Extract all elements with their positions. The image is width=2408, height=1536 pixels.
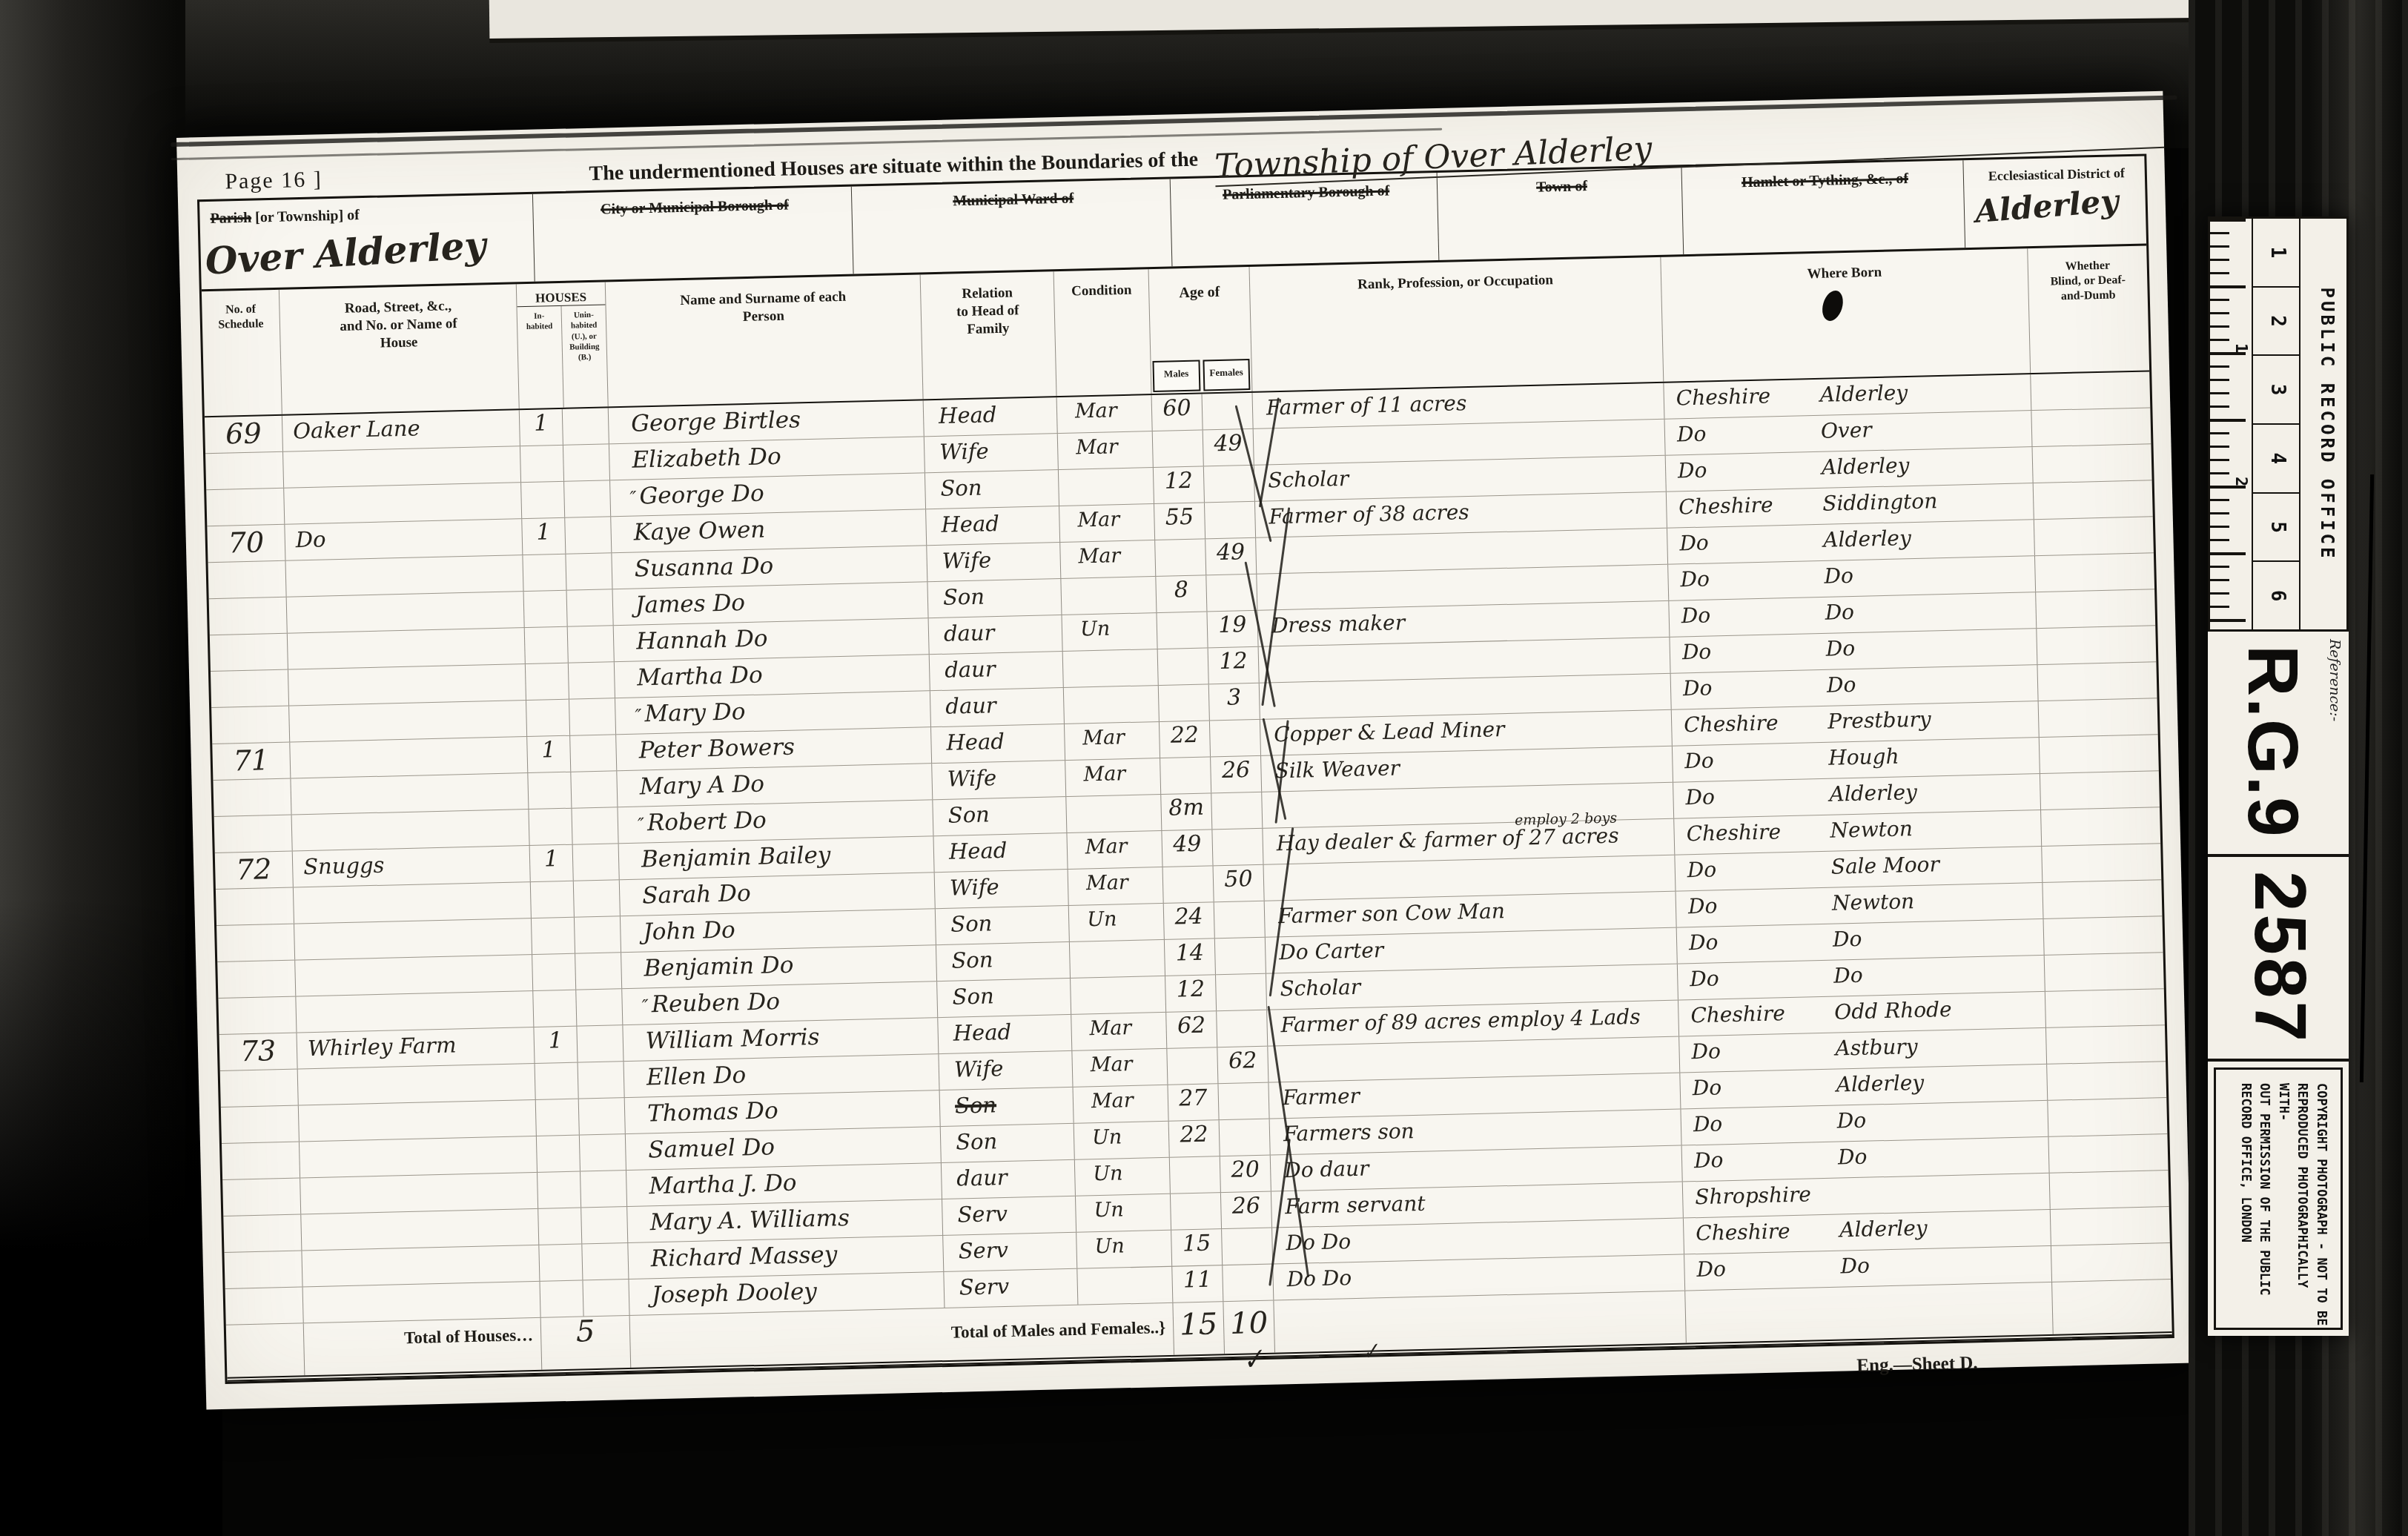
age-female — [1223, 1265, 1274, 1302]
total-houses-label: Total of Houses… — [304, 1318, 543, 1376]
occupation: Farmer — [1283, 1084, 1360, 1110]
birth-place: Alderley — [1819, 380, 1908, 407]
parish-label-struck: Parish — [210, 210, 251, 227]
person-name-cell: Elizabeth Do — [609, 437, 925, 480]
ditto-check-mark — [633, 633, 634, 654]
inhabited-count — [531, 881, 575, 918]
ditto-check-mark — [630, 524, 631, 545]
age-male — [1155, 539, 1206, 576]
birth-county: Do — [1676, 891, 1833, 919]
total-males-value: 15 — [1173, 1302, 1225, 1355]
uninhabited-cell — [565, 517, 612, 553]
person-name: Mary A. Williams — [649, 1205, 850, 1236]
condition: Mar — [1065, 758, 1161, 796]
ditto-check-mark — [637, 778, 638, 799]
birth-county: Do — [1677, 927, 1833, 956]
person-name-cell: Martha Do — [615, 655, 930, 698]
schedule-number — [205, 452, 284, 489]
age-male — [1159, 684, 1210, 721]
schedule-number — [220, 1069, 299, 1106]
uninhabited-cell — [569, 662, 615, 698]
reference-label: Reference:- — [2326, 639, 2343, 721]
inhabited-count — [529, 809, 572, 845]
person-name: Ellen Do — [646, 1062, 747, 1090]
schedule-number — [213, 779, 291, 816]
ditto-check-mark — [645, 1141, 646, 1162]
age-male: 15 — [1171, 1229, 1223, 1266]
uninhabited-cell — [566, 553, 612, 589]
person-name-cell: William Morris — [623, 1018, 939, 1061]
birth-place: Do — [1833, 927, 1862, 952]
age-female — [1217, 1010, 1268, 1047]
person-name-cell: Sarah Do — [620, 873, 936, 916]
inhabited-count: 1 — [530, 845, 574, 881]
birth-place: Do — [1824, 563, 1853, 589]
house-name — [300, 1136, 537, 1178]
inhabited-count — [539, 1245, 583, 1281]
birth-place: Over — [1821, 417, 1872, 443]
inhabited-count — [532, 954, 576, 990]
condition: Mar — [1060, 540, 1156, 578]
condition: Mar — [1068, 867, 1164, 905]
district-cell-borough: City or Municipal Borough of — [533, 187, 854, 282]
person-name: Martha J. Do — [649, 1170, 797, 1200]
schedule-number — [216, 888, 294, 925]
birth-county: Do — [1666, 455, 1822, 483]
person-name-cell: Joseph Dooley — [629, 1272, 945, 1315]
person-name: Kaye Owen — [633, 516, 765, 546]
birth-place: Do — [1836, 1108, 1866, 1133]
age-female — [1218, 1083, 1269, 1120]
birth-county: Do — [1673, 746, 1829, 774]
person-name-cell: Richard Massey — [628, 1236, 944, 1279]
birth-county: Do — [1679, 1036, 1836, 1065]
house-name: Whirley Farm — [297, 1027, 535, 1069]
house-name — [300, 1173, 538, 1214]
age-male — [1170, 1156, 1221, 1194]
col-header-born: Where Born — [1661, 248, 2031, 382]
age-male — [1157, 612, 1208, 649]
house-name — [288, 628, 526, 669]
birth-county: Do — [1671, 673, 1827, 701]
occupation: Silk Weaver — [1274, 755, 1400, 783]
person-name-cell: Benjamin Bailey — [619, 836, 935, 879]
blind-deaf-cell — [2044, 916, 2163, 955]
person-name: Mary Do — [644, 698, 746, 727]
relation: Son — [927, 579, 1062, 618]
col-header-relation: Relation to Head of Family — [921, 271, 1057, 399]
uninhabited-cell — [581, 1207, 628, 1243]
col-header-name: Name and Surname of each Person — [606, 274, 924, 406]
schedule-number — [217, 961, 296, 998]
census-photograph: { "film": { "office": "PUBLIC RECORD OFF… — [0, 0, 2408, 1536]
schedule-number — [211, 706, 290, 744]
occupation-insert: employ 2 boys — [1515, 810, 1617, 828]
house-name: Snuggs — [293, 846, 531, 887]
schedule-number: 70 — [207, 525, 285, 562]
uninhabited-cell — [563, 408, 609, 444]
condition: Un — [1076, 1231, 1172, 1268]
occupation: Farm servant — [1285, 1191, 1426, 1219]
uninhabited-cell — [579, 1098, 626, 1134]
age-female — [1212, 829, 1263, 866]
birth-place: Do — [1827, 672, 1856, 698]
condition: Mar — [1072, 1049, 1168, 1087]
schedule-number — [208, 561, 287, 598]
relation: daur — [930, 652, 1064, 690]
age-male: 12 — [1154, 466, 1205, 503]
condition — [1061, 577, 1157, 615]
person-name: James Do — [635, 589, 746, 618]
ruler-number: 1 — [2253, 219, 2299, 288]
inhabited-count — [532, 918, 575, 954]
birth-county: Do — [1673, 782, 1830, 810]
relation: Son — [925, 470, 1059, 509]
condition: Mar — [1057, 395, 1153, 433]
relation: Wife — [924, 434, 1059, 472]
relation: Son — [936, 942, 1071, 981]
person-name-cell: ″Reuben Do — [622, 981, 938, 1024]
person-name: Benjamin Do — [644, 952, 794, 982]
parish-value-handwritten: Over Alderley — [204, 223, 487, 283]
uninhabited-cell — [580, 1134, 626, 1171]
birth-county: Do — [1684, 1254, 1841, 1282]
ruler-number-row: 1 2 3 4 5 6 — [2252, 219, 2300, 629]
house-name — [290, 737, 528, 778]
person-name: Peter Bowers — [638, 734, 795, 764]
blind-deaf-cell — [2033, 444, 2152, 483]
ecclesiastical-label: Ecclesiastical District of — [1988, 165, 2125, 183]
col-header-condition: Condition — [1054, 269, 1152, 396]
schedule-number — [214, 815, 293, 853]
schedule-number — [216, 924, 295, 961]
blind-deaf-cell — [2035, 553, 2154, 592]
schedule-number — [222, 1178, 301, 1215]
condition — [1066, 795, 1162, 832]
house-name — [303, 1282, 541, 1323]
inhabited-count: 1 — [522, 518, 566, 555]
ditto-check-mark — [640, 924, 641, 944]
blind-deaf-cell — [2037, 662, 2157, 701]
schedule-number — [210, 634, 288, 671]
birth-county: Do — [1675, 855, 1831, 883]
pro-card-content: PUBLIC RECORD OFFICE 1 2 3 4 5 6 1 2 Ref… — [2208, 216, 2349, 1336]
person-name-cell: Martha J. Do — [626, 1163, 942, 1206]
hamlet-label-struck: Hamlet or Tything, &c., of — [1741, 171, 1908, 191]
house-name: Do — [285, 519, 523, 560]
ditto-check-mark: ″ — [641, 996, 649, 1016]
age-female: 62 — [1217, 1047, 1268, 1084]
col-header-males: Males — [1152, 360, 1200, 392]
district-cell-town: Town of — [1438, 167, 1684, 260]
ward-label-struck: Municipal Ward of — [953, 191, 1074, 210]
person-name-cell: George Birtles — [609, 400, 924, 443]
ruler-number: 6 — [2253, 562, 2299, 629]
inhabited-count — [536, 1099, 580, 1136]
house-name — [296, 991, 534, 1033]
ditto-check-mark — [632, 597, 633, 618]
relation: Wife — [939, 1051, 1073, 1090]
uninhabited-cell — [578, 1062, 625, 1098]
ruler-ticks: 1 2 — [2210, 219, 2252, 629]
age-male: 14 — [1165, 939, 1216, 976]
uninhabited-cell — [575, 916, 621, 953]
col-header-age: Age of — [1149, 267, 1251, 361]
inhabited-count — [525, 627, 569, 663]
relation: Serv — [942, 1196, 1076, 1235]
page-number: Page 16 ] — [225, 167, 322, 194]
condition: Mar — [1065, 722, 1160, 760]
age-female — [1210, 720, 1261, 757]
person-name: Susanna Do — [634, 552, 773, 582]
schedule-number: 73 — [219, 1033, 298, 1070]
relation: Son — [941, 1124, 1075, 1162]
ditto-check-mark — [634, 669, 635, 690]
relation: Head — [926, 506, 1060, 545]
ditto-check-mark — [649, 1286, 649, 1307]
blind-deaf-cell — [2045, 953, 2164, 991]
house-name — [283, 446, 521, 488]
uninhabited-cell — [574, 880, 621, 916]
uninhabited-cell — [569, 698, 616, 735]
condition: Un — [1069, 904, 1165, 941]
blind-deaf-cell — [2048, 1134, 2168, 1173]
district-cell-hamlet: Hamlet or Tything, &c., of — [1681, 160, 1965, 254]
blind-deaf-cell — [2051, 1243, 2171, 1282]
age-male — [1171, 1193, 1222, 1230]
col-header-houses: HOUSES — [517, 282, 606, 306]
schedule-number: 72 — [215, 852, 294, 889]
occupation: Farmer of 89 acres employ 4 Lads — [1280, 1004, 1641, 1037]
condition: Un — [1076, 1194, 1171, 1232]
occupation: Farmers son — [1283, 1119, 1415, 1146]
col-header-houses-group: HOUSES In- habited Unin- habited (U.), o… — [517, 282, 609, 408]
birth-place: Hough — [1828, 744, 1899, 769]
ditto-check-mark — [643, 1033, 644, 1053]
ditto-check-mark — [644, 1105, 645, 1125]
condition — [1070, 940, 1165, 978]
person-name-cell: James Do — [613, 582, 929, 625]
age-male: 24 — [1164, 902, 1215, 939]
age-female: 26 — [1211, 756, 1262, 793]
blind-deaf-cell — [2034, 517, 2154, 555]
house-name — [289, 701, 527, 742]
birth-place: Alderley — [1829, 780, 1917, 807]
relation: Serv — [944, 1269, 1078, 1308]
person-name: John Do — [643, 917, 735, 946]
relation: Son — [936, 906, 1070, 944]
condition: Mar — [1067, 831, 1162, 869]
district-cell-parliamentary: Parliamentary Borough of — [1171, 173, 1440, 266]
inhabited-count — [540, 1281, 583, 1317]
census-form: Parish [or Township] of Over Alderley Ci… — [197, 153, 2174, 1384]
relation: Serv — [943, 1233, 1077, 1271]
relation: Head — [938, 1015, 1072, 1053]
uninhabited-cell — [575, 953, 622, 989]
table-body: 69Oaker Lane1George BirtlesHeadMar60Farm… — [205, 371, 2171, 1325]
person-name: Sarah Do — [642, 880, 751, 909]
parliamentary-label-struck: Parliamentary Borough of — [1223, 182, 1390, 202]
inhabited-count — [537, 1172, 581, 1208]
birth-county: Do — [1668, 564, 1825, 592]
inhabited-count — [537, 1136, 580, 1172]
ruler-number: 2 — [2253, 288, 2299, 357]
birth-county: Cheshire — [1684, 1218, 1840, 1246]
ditto-check-mark — [629, 451, 629, 472]
birth-county: Shropshire — [1683, 1182, 1839, 1210]
birth-county: Do — [1681, 1109, 1838, 1137]
house-name: Oaker Lane — [282, 410, 520, 451]
age-male: 55 — [1154, 503, 1205, 540]
relation: Head — [933, 833, 1068, 872]
schedule-number — [223, 1214, 302, 1251]
uninhabited-cell — [564, 480, 611, 517]
birth-place: Do — [1825, 636, 1855, 661]
birth-place: Do — [1825, 600, 1854, 625]
blind-deaf-cell — [2041, 807, 2160, 846]
birth-county: Cheshire — [1674, 818, 1830, 847]
uninhabited-cell — [580, 1171, 627, 1207]
age-male: 12 — [1165, 975, 1217, 1012]
piece-section: 2587 — [2208, 854, 2349, 1062]
house-name — [287, 592, 525, 633]
col-header-inhabited: In- habited — [517, 306, 564, 408]
col-header-uninhabited: Unin- habited (U.), or Building (B.) — [561, 305, 607, 407]
totals-spacer — [1685, 1282, 2054, 1343]
age-male: 27 — [1168, 1084, 1219, 1121]
totals-spacer — [226, 1323, 305, 1377]
inhabited-count — [526, 700, 570, 736]
person-name: Reuben Do — [651, 988, 780, 1018]
birth-county: Cheshire — [1667, 491, 1823, 520]
schedule-number — [222, 1142, 300, 1179]
occupation: Do Do — [1286, 1265, 1352, 1291]
inhabited-count — [526, 663, 569, 700]
blind-deaf-cell — [2036, 589, 2155, 628]
schedule-number: 69 — [205, 416, 283, 453]
copyright-section: COPYRIGHT PHOTOGRAPH - NOT TO BE REPRODU… — [2208, 1062, 2349, 1336]
person-name-cell: Hannah Do — [614, 618, 930, 661]
age-male — [1153, 430, 1204, 467]
photo-background-shadow — [0, 897, 222, 1536]
birth-place: Alderley — [1839, 1216, 1928, 1242]
house-name — [285, 555, 523, 597]
birth-place: Do — [1838, 1145, 1868, 1170]
house-name — [301, 1209, 539, 1251]
col-header-road: Road, Street, &c., and No. or Name of Ho… — [279, 284, 520, 414]
relation: Head — [924, 397, 1058, 436]
blind-deaf-cell — [2039, 698, 2158, 737]
uninhabited-cell — [571, 771, 618, 807]
inhabited-count — [533, 990, 577, 1027]
house-name — [294, 882, 532, 924]
person-name: Martha Do — [637, 662, 763, 692]
house-name — [298, 1064, 536, 1105]
person-name: Mary A Do — [639, 771, 764, 801]
inhabited-count — [520, 446, 564, 482]
ditto-check-mark — [641, 960, 641, 981]
blind-deaf-cell — [2042, 844, 2161, 882]
age-female — [1215, 938, 1266, 975]
age-male — [1158, 648, 1209, 685]
age-male: 60 — [1152, 394, 1203, 431]
person-name: Robert Do — [646, 807, 767, 837]
person-name-cell: ″Robert Do — [618, 800, 933, 843]
birth-place: Alderley — [1822, 453, 1910, 480]
uninhabited-cell — [567, 589, 614, 626]
birth-county: Do — [1665, 419, 1822, 447]
age-male — [1167, 1047, 1218, 1085]
birth-place: Siddington — [1822, 489, 1938, 516]
person-name-cell: Mary A. Williams — [627, 1199, 943, 1242]
age-female: 20 — [1220, 1156, 1271, 1193]
age-female: 19 — [1207, 611, 1258, 648]
age-female — [1211, 792, 1263, 830]
age-male: 22 — [1169, 1120, 1220, 1157]
person-name: Joseph Dooley — [652, 1278, 818, 1308]
birth-county: Cheshire — [1678, 1000, 1835, 1028]
condition — [1064, 686, 1160, 724]
inhabited-count — [538, 1208, 582, 1245]
uninhabited-cell — [573, 844, 620, 880]
ditto-check-mark — [628, 415, 629, 436]
pro-office-label: PUBLIC RECORD OFFICE — [2300, 219, 2346, 629]
condition: Un — [1062, 613, 1158, 651]
condition: Mar — [1059, 504, 1155, 542]
person-name-cell: Thomas Do — [625, 1090, 941, 1133]
person-name-cell: Samuel Do — [626, 1127, 942, 1170]
col-header-blind: Whether Blind, or Deaf- and-Dumb — [2028, 245, 2149, 373]
birth-county: Cheshire — [1664, 383, 1820, 411]
person-name: William Morris — [645, 1024, 819, 1055]
col-header-schedule: No. of Schedule — [202, 290, 282, 416]
blind-deaf-cell — [2051, 1207, 2170, 1245]
condition — [1059, 468, 1154, 506]
blind-deaf-cell — [2031, 408, 2151, 446]
birth-county: Do — [1667, 528, 1824, 556]
age-female — [1220, 1119, 1271, 1156]
ruler-minor-ticks — [2210, 219, 2229, 629]
birth-place: Astbury — [1835, 1034, 1918, 1061]
blind-deaf-cell — [2042, 880, 2162, 918]
blind-deaf-cell — [2037, 626, 2156, 664]
occupation: Do Carter — [1279, 938, 1384, 964]
census-page: Page 16 ] The undermentioned Houses are … — [176, 91, 2193, 1410]
ditto-check-mark: ″ — [635, 705, 642, 726]
condition: Mar — [1058, 431, 1154, 469]
condition — [1071, 976, 1166, 1014]
age-female: 50 — [1214, 865, 1265, 902]
house-name — [299, 1100, 537, 1142]
age-female — [1203, 393, 1254, 430]
condition: Mar — [1074, 1085, 1169, 1123]
ditto-check-mark — [644, 1069, 644, 1090]
person-name: Hannah Do — [636, 625, 768, 655]
col-header-age-group: Age of Males Females — [1149, 267, 1253, 394]
age-female: 3 — [1209, 683, 1260, 721]
occupation: Do daur — [1284, 1156, 1369, 1182]
birth-county: Do — [1670, 637, 1827, 665]
borough-label-struck: City or Municipal Borough of — [601, 197, 789, 218]
age-female: 12 — [1208, 647, 1260, 684]
relation: Wife — [927, 543, 1061, 581]
person-name: George Birtles — [631, 406, 801, 437]
person-name-cell: Benjamin Do — [621, 945, 937, 988]
blind-deaf-cell — [2047, 1062, 2166, 1100]
birth-place: Newton — [1830, 816, 1913, 843]
inhabited-count — [524, 591, 568, 627]
total-houses-value: 5 — [541, 1316, 632, 1370]
